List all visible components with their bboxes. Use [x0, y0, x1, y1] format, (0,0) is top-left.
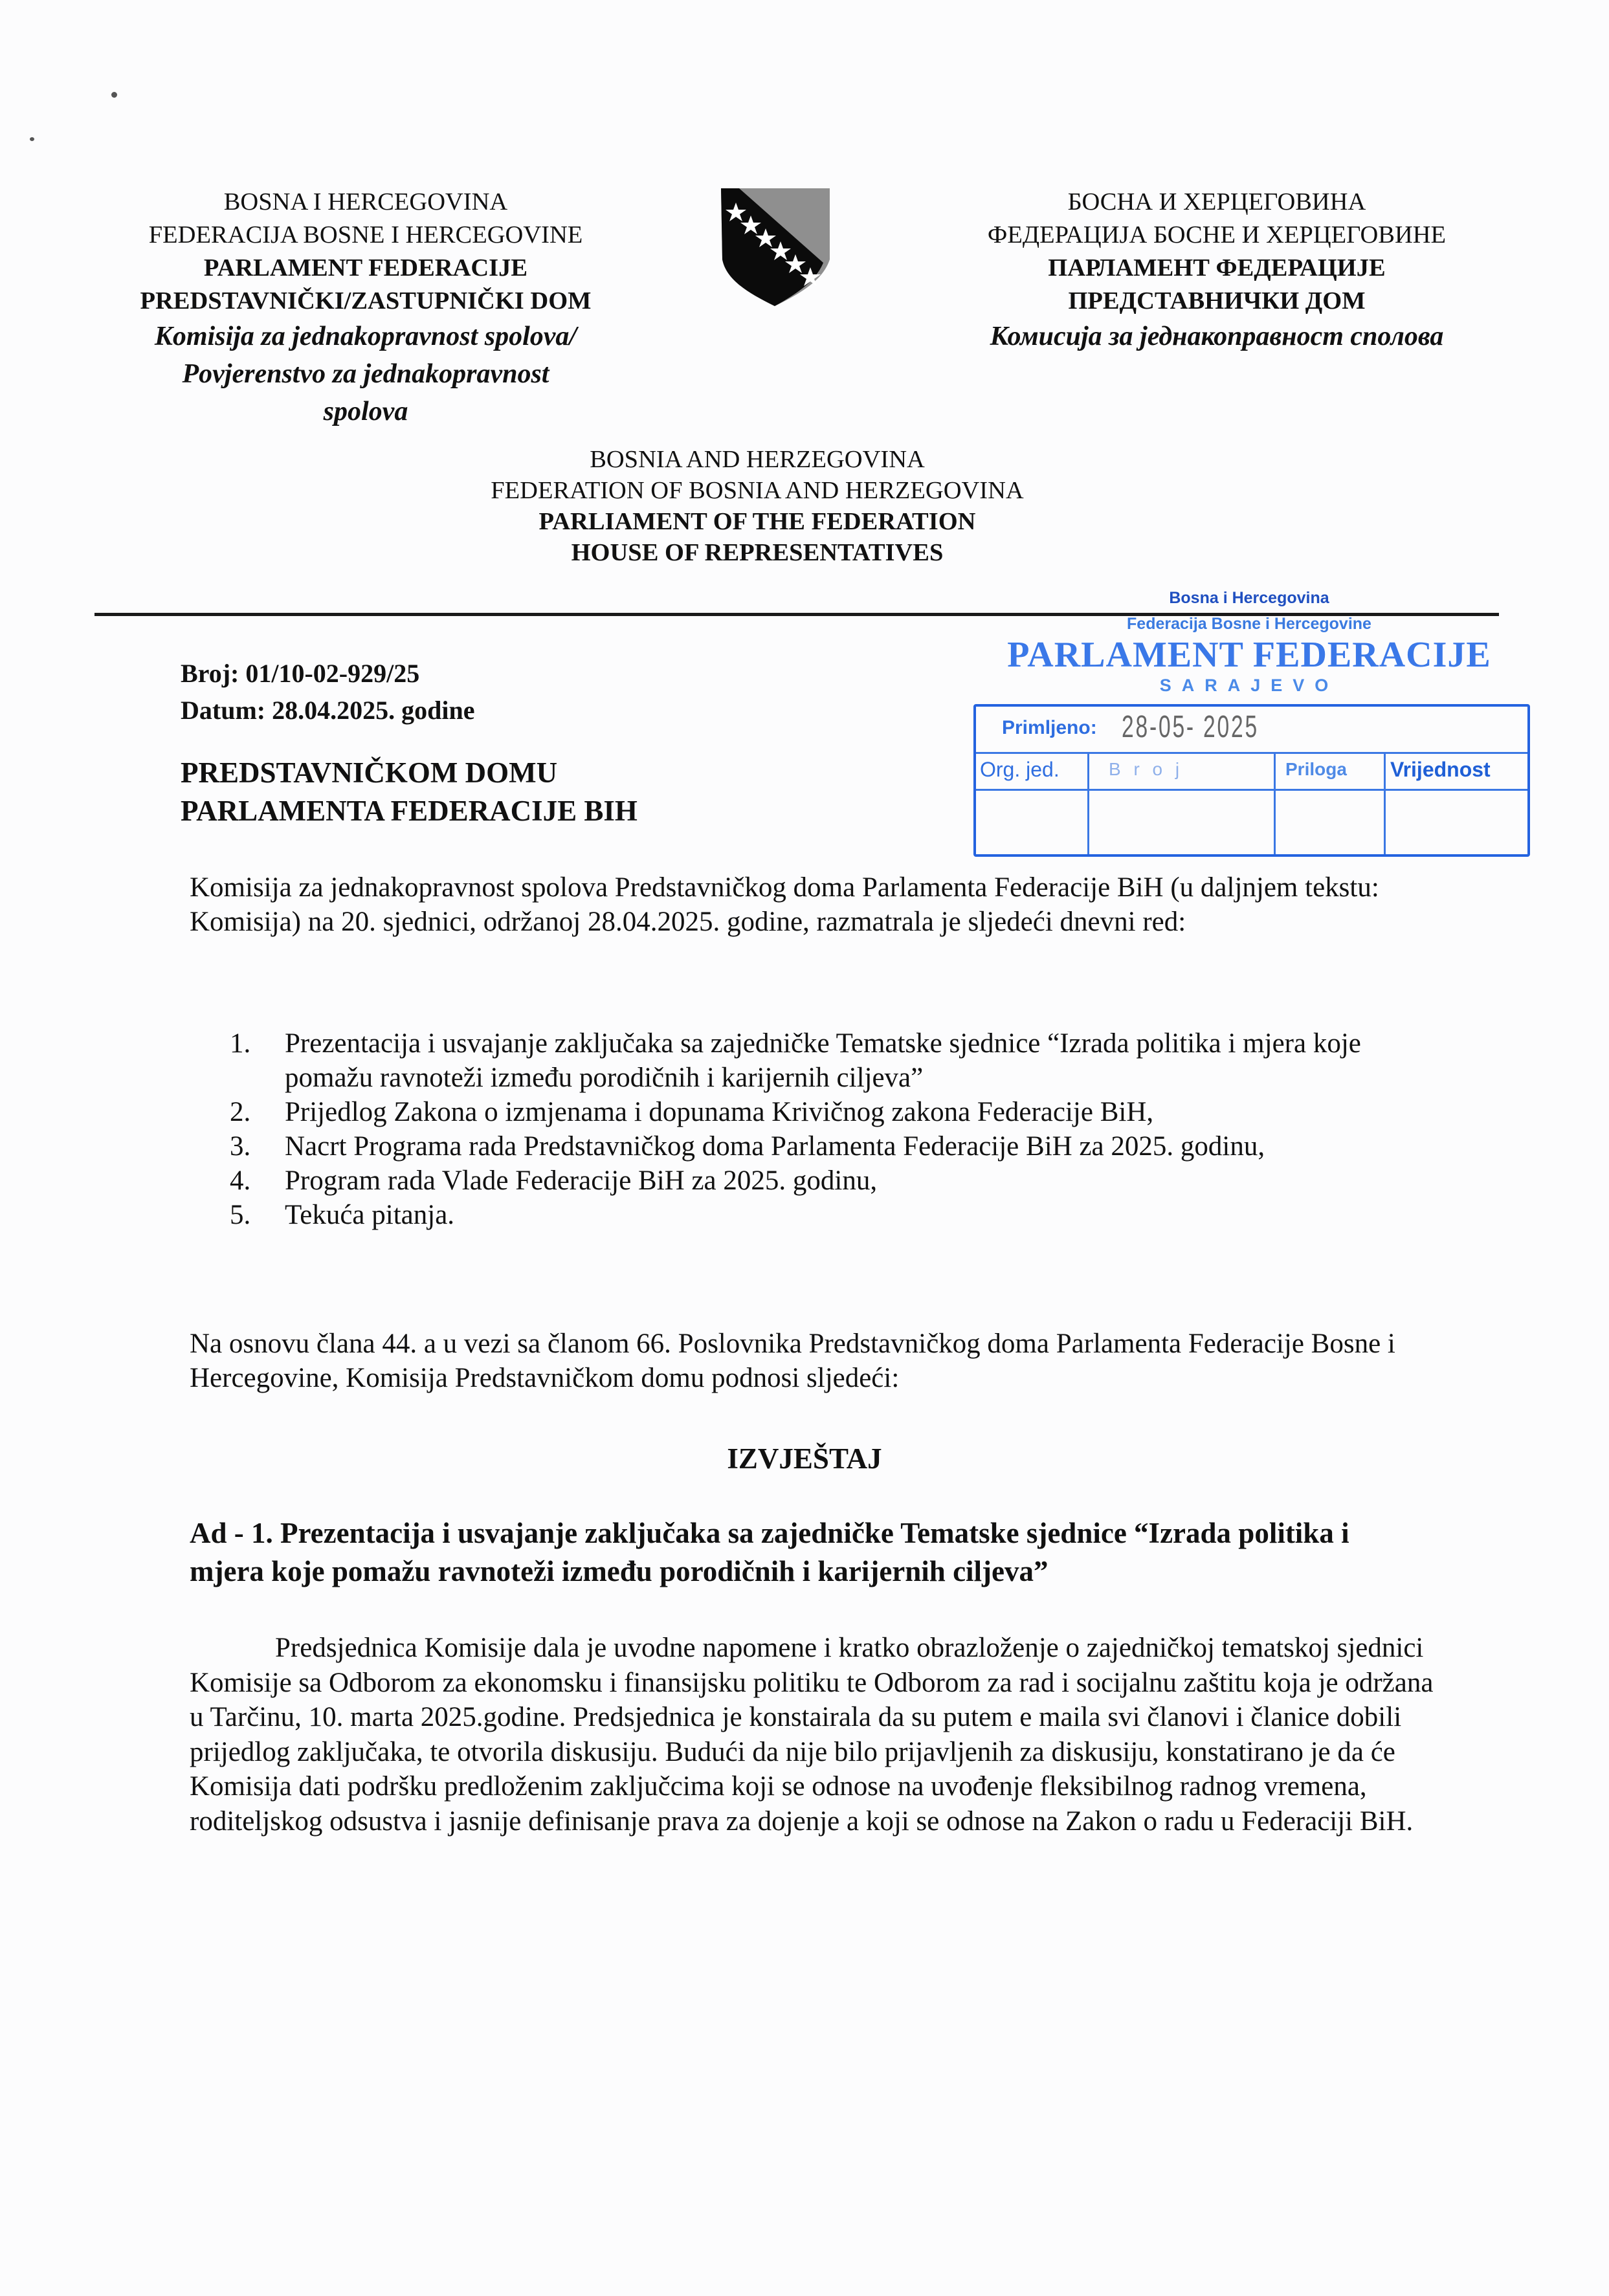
stamp-col-org: Org. jed. [980, 758, 1060, 782]
received-stamp: Bosna i Hercegovina Federacija Bosne i H… [964, 589, 1534, 854]
agenda-number: 2. [230, 1095, 285, 1129]
agenda-item: 1.Prezentacija i usvajanje zaključaka sa… [230, 1026, 1427, 1095]
ad1-heading: Ad - 1. Prezentacija i usvajanje zaključ… [190, 1514, 1419, 1591]
header-line: spolova [97, 393, 634, 430]
recipient-line: PREDSTAVNIČKOM DOMU [181, 754, 638, 792]
header-line: FEDERATION OF BOSNIA AND HERZEGOVINA [388, 475, 1126, 506]
agenda-text: Tekuća pitanja. [285, 1198, 1427, 1232]
agenda-text: Prezentacija i usvajanje zaključaka sa z… [285, 1026, 1427, 1095]
header-line: Komisija za jednakopravnost spolova/ [97, 318, 634, 355]
header-left-bosnian: BOSNA I HERCEGOVINA FEDERACIJA BOSNE I H… [97, 186, 634, 430]
ad1-body-text: Predsjednica Komisije dala je uvodne nap… [190, 1633, 1433, 1837]
stamp-col-priloga: Priloga [1285, 759, 1347, 780]
reference-date: Datum: 28.04.2025. godine [181, 692, 474, 729]
agenda-number: 1. [230, 1026, 285, 1095]
header-line: ФЕДЕРАЦИЈА БОСНЕ И ХЕРЦЕГОВИНЕ [893, 219, 1540, 252]
intro-paragraph: Komisija za jednakopravnost spolova Pred… [190, 870, 1419, 939]
stamp-col-broj: B r o j [1109, 759, 1183, 780]
stamp-received-date: 28-05- 2025 [1122, 709, 1259, 745]
header-line: ПАРЛАМЕНТ ФЕДЕРАЦИЈЕ [893, 252, 1540, 285]
stamp-federation: Federacija Bosne i Hercegovine [964, 615, 1534, 634]
header-line: BOSNA I HERCEGOVINA [97, 186, 634, 219]
stamp-divider [1384, 754, 1386, 854]
header-center-english: BOSNIA AND HERZEGOVINA FEDERATION OF BOS… [388, 444, 1126, 568]
stamp-received-row: Primljeno: 28-05- 2025 [976, 707, 1527, 754]
stamp-col-vrijednost: Vrijednost [1390, 758, 1491, 782]
agenda-item: 4.Program rada Vlade Federacije BiH za 2… [230, 1164, 1427, 1198]
header-line: Комисија за једнакоправност сполова [893, 318, 1540, 355]
header-line: BOSNIA AND HERZEGOVINA [388, 444, 1126, 475]
reference-block: Broj: 01/10-02-929/25 Datum: 28.04.2025.… [181, 655, 474, 729]
ad1-body: Predsjednica Komisije dala je uvodne nap… [190, 1631, 1439, 1838]
agenda-number: 5. [230, 1198, 285, 1232]
stamp-table: Primljeno: 28-05- 2025 Org. jed. B r o j… [973, 704, 1530, 857]
agenda-list: 1.Prezentacija i usvajanje zaključaka sa… [230, 1026, 1427, 1232]
agenda-item: 2.Prijedlog Zakona o izmjenama i dopunam… [230, 1095, 1427, 1129]
header-line: PARLAMENT FEDERACIJE [97, 252, 634, 285]
agenda-number: 4. [230, 1164, 285, 1198]
header-line: HOUSE OF REPRESENTATIVES [388, 537, 1126, 568]
coat-of-arms-icon [720, 188, 830, 306]
header-line: БОСНА И ХЕРЦЕГОВИНА [893, 186, 1540, 219]
stamp-divider [1087, 754, 1089, 854]
recipient-line: PARLAMENTA FEDERACIJE BIH [181, 792, 638, 830]
stamp-received-label: Primljeno: [1002, 717, 1097, 739]
header-line: ПРЕДСТАВНИЧКИ ДОМ [893, 285, 1540, 318]
agenda-text: Nacrt Programa rada Predstavničkog doma … [285, 1129, 1427, 1164]
agenda-number: 3. [230, 1129, 285, 1164]
header-line: Povjerenstvo za jednakopravnost [97, 355, 634, 393]
scan-speck [30, 137, 34, 141]
header-line: FEDERACIJA BOSNE I HERCEGOVINE [97, 219, 634, 252]
stamp-city: SARAJEVO [964, 676, 1534, 696]
stamp-parliament: PARLAMENT FEDERACIJE [964, 634, 1534, 676]
header-right-cyrillic: БОСНА И ХЕРЦЕГОВИНА ФЕДЕРАЦИЈА БОСНЕ И Х… [893, 186, 1540, 355]
header-line: PARLIAMENT OF THE FEDERATION [388, 506, 1126, 537]
agenda-text: Prijedlog Zakona o izmjenama i dopunama … [285, 1095, 1427, 1129]
stamp-divider [1274, 754, 1276, 854]
stamp-country: Bosna i Hercegovina [964, 589, 1534, 608]
recipient-block: PREDSTAVNIČKOM DOMU PARLAMENTA FEDERACIJ… [181, 754, 638, 830]
basis-paragraph: Na osnovu člana 44. a u vezi sa članom 6… [190, 1327, 1419, 1395]
report-title: IZVJEŠTAJ [0, 1442, 1609, 1475]
agenda-item: 3.Nacrt Programa rada Predstavničkog dom… [230, 1129, 1427, 1164]
reference-number: Broj: 01/10-02-929/25 [181, 655, 474, 692]
header-line: PREDSTAVNIČKI/ZASTUPNIČKI DOM [97, 285, 634, 318]
agenda-item: 5.Tekuća pitanja. [230, 1198, 1427, 1232]
scan-speck [111, 92, 117, 98]
stamp-header-row: Org. jed. B r o j Priloga Vrijednost [976, 754, 1527, 791]
agenda-text: Program rada Vlade Federacije BiH za 202… [285, 1164, 1427, 1198]
